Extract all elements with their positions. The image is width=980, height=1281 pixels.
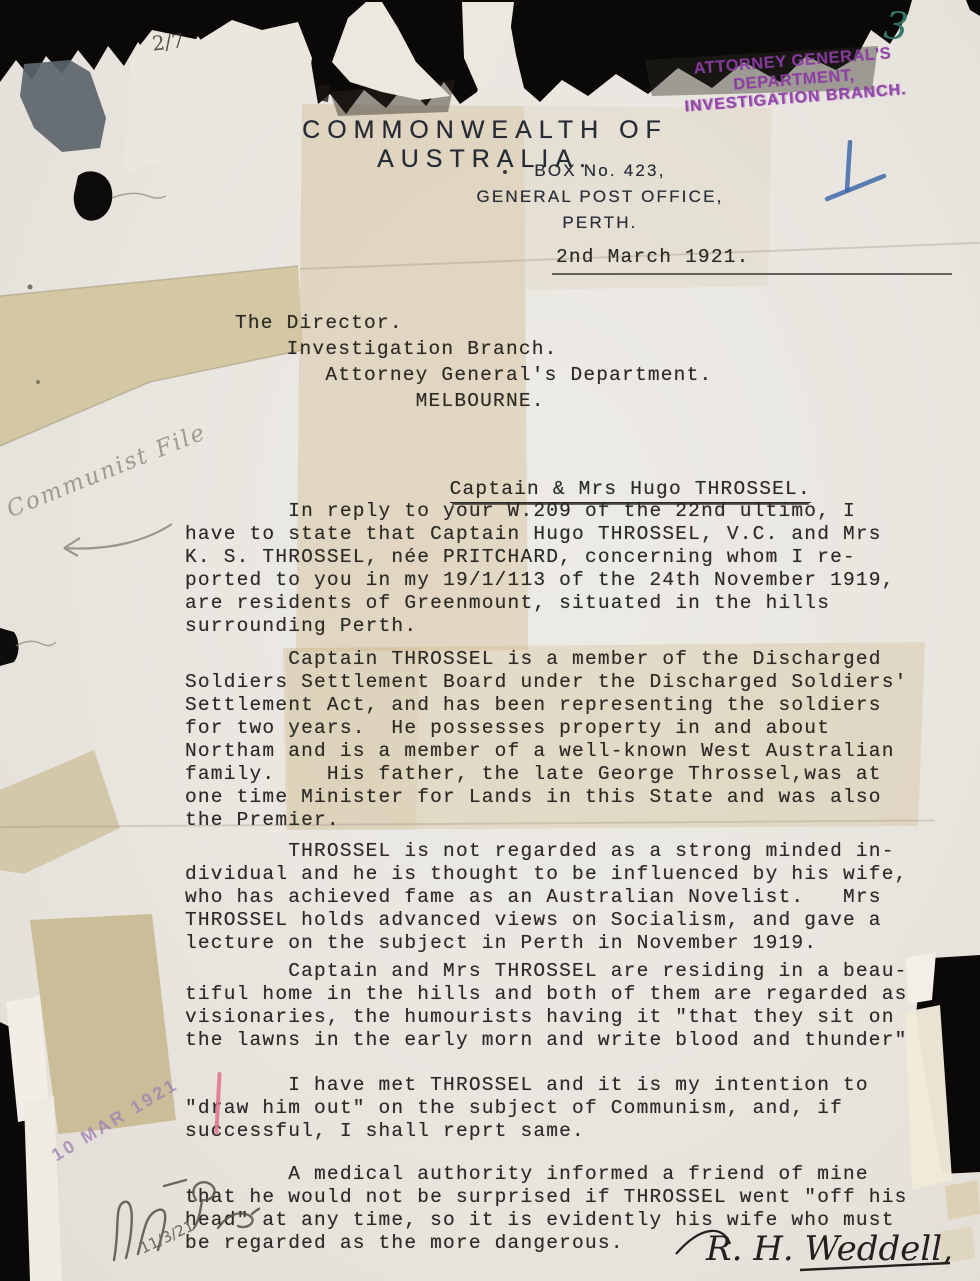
recipient-block: The Director. Investigation Branch. Atto…: [235, 310, 712, 414]
body-line: surrounding Perth.: [185, 615, 895, 638]
paragraph-1: In reply to your W.209 of the 22nd ultim…: [185, 500, 895, 638]
body-line: In reply to your W.209 of the 22nd ultim…: [185, 500, 895, 523]
letterhead-address-line: GENERAL POST OFFICE,: [455, 184, 745, 210]
body-line: one time Minister for Lands in this Stat…: [185, 786, 908, 809]
body-line: family. His father, the late George Thro…: [185, 763, 908, 786]
recipient-line: MELBOURNE.: [235, 388, 712, 414]
body-line: Captain and Mrs THROSSEL are residing in…: [185, 960, 908, 983]
body-line: ported to you in my 19/1/113 of the 24th…: [185, 569, 895, 592]
green-ink-number: 3: [882, 3, 911, 49]
pencil-page-number: 2/7: [151, 28, 186, 55]
body-line: lecture on the subject in Perth in Novem…: [185, 932, 908, 955]
body-line: are residents of Greenmount, situated in…: [185, 592, 895, 615]
paragraph-6: A medical authority informed a friend of…: [185, 1163, 908, 1255]
body-line: the lawns in the early morn and write bl…: [185, 1029, 908, 1052]
date-underline: [552, 273, 952, 275]
body-line: "draw him out" on the subject of Communi…: [185, 1097, 869, 1120]
body-line: visionaries, the humourists having it "t…: [185, 1006, 908, 1029]
paragraph-5: I have met THROSSEL and it is my intenti…: [185, 1074, 869, 1143]
date-line: 2nd March 1921.: [556, 246, 750, 269]
letterhead-address: BOX No. 423,GENERAL POST OFFICE,PERTH.: [455, 158, 745, 236]
recipient-line: The Director.: [235, 310, 712, 336]
paragraph-2: Captain THROSSEL is a member of the Disc…: [185, 648, 908, 832]
body-line: tiful home in the hills and both of them…: [185, 983, 908, 1006]
recipient-line: Attorney General's Department.: [235, 362, 712, 388]
body-line: the Premier.: [185, 809, 908, 832]
body-line: I have met THROSSEL and it is my intenti…: [185, 1074, 869, 1097]
body-line: be regarded as the more dangerous.: [185, 1232, 908, 1255]
body-line: Settlement Act, and has been representin…: [185, 694, 908, 717]
body-line: Captain THROSSEL is a member of the Disc…: [185, 648, 908, 671]
scanned-letter: COMMONWEALTH OF AUSTRALIA. BOX No. 423,G…: [0, 0, 980, 1281]
recipient-line: Investigation Branch.: [235, 336, 712, 362]
body-line: Northam and is a member of a well-known …: [185, 740, 908, 763]
body-line: A medical authority informed a friend of…: [185, 1163, 908, 1186]
body-line: THROSSEL holds advanced views on Sociali…: [185, 909, 908, 932]
body-line: K. S. THROSSEL, née PRITCHARD, concernin…: [185, 546, 895, 569]
body-line: who has achieved fame as an Australian N…: [185, 886, 908, 909]
body-line: successful, I shall reprt same.: [185, 1120, 869, 1143]
body-line: have to state that Captain Hugo THROSSEL…: [185, 523, 895, 546]
body-line: for two years. He possesses property in …: [185, 717, 908, 740]
body-line: Soldiers Settlement Board under the Disc…: [185, 671, 908, 694]
letterhead-address-line: PERTH.: [455, 210, 745, 236]
paragraph-4: Captain and Mrs THROSSEL are residing in…: [185, 960, 908, 1052]
body-line: THROSSEL is not regarded as a strong min…: [185, 840, 908, 863]
body-line: that he would not be surprised if THROSS…: [185, 1186, 908, 1209]
letterhead-address-line: BOX No. 423,: [455, 158, 745, 184]
body-line: dividual and he is thought to be influen…: [185, 863, 908, 886]
paragraph-3: THROSSEL is not regarded as a strong min…: [185, 840, 908, 955]
body-line: head" at any time, so it is evidently hi…: [185, 1209, 908, 1232]
